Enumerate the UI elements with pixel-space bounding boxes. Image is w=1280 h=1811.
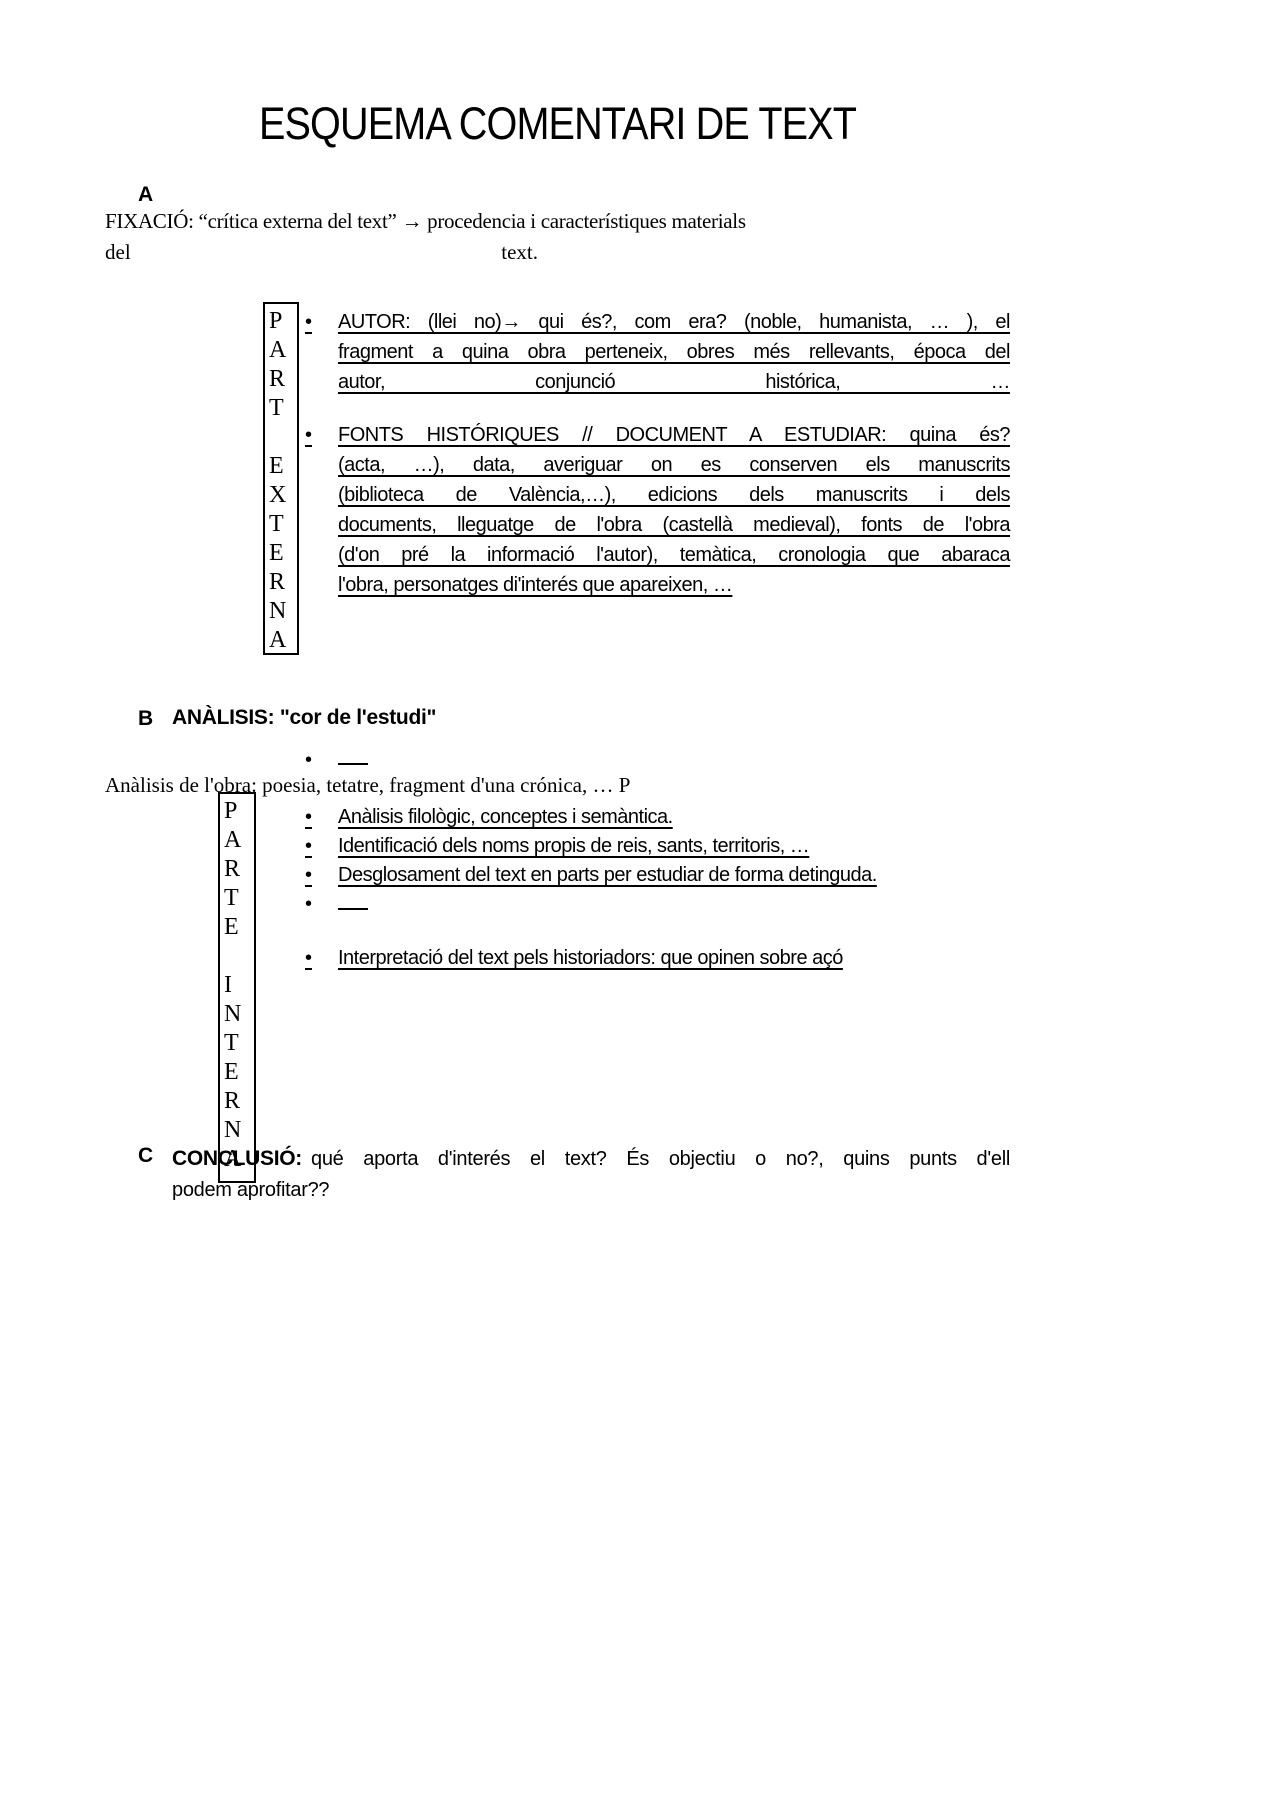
empty-bullet-item: •	[305, 890, 1010, 919]
text-line: fragment a quina obra perteneix, obres m…	[338, 337, 1010, 367]
empty-underline	[338, 745, 368, 765]
document-page: ESQUEMA COMENTARI DE TEXT A FIXACIÓ: “cr…	[0, 0, 1280, 1811]
part-interna-box: P A R T E I N T E R N A	[218, 792, 256, 1183]
text-line: autor, conjunció histórica, …	[338, 367, 1010, 397]
empty-bullet-item: •	[305, 745, 368, 775]
bullet-icon: •	[305, 832, 338, 861]
bullet-icon: •	[305, 803, 338, 832]
list-item-lines: AUTOR: (llei no)→ qui és?, com era? (nob…	[338, 307, 1010, 397]
list-item: • Desglosament del text en parts per est…	[305, 861, 1010, 890]
text-line: Identificació dels noms propis de reis, …	[338, 832, 809, 861]
text-line: (acta, …), data, averiguar on es conserv…	[338, 450, 1010, 480]
conclusion-line1: CONCLUSIÓ:qué aporta d'interés el text? …	[172, 1143, 1010, 1175]
bullet-icon: •	[305, 420, 338, 450]
text-line: Anàlisis filològic, conceptes i semàntic…	[338, 803, 673, 832]
text-line: AUTOR: (llei no)→ qui és?, com era? (nob…	[338, 307, 1010, 337]
text-line: (d'on pré la informació l'autor), temàti…	[338, 540, 1010, 570]
page-title: ESQUEMA COMENTARI DE TEXT	[159, 98, 955, 150]
bullet-icon: •	[305, 944, 338, 973]
conclusion-title: CONCLUSIÓ:	[172, 1147, 302, 1170]
part-externa-box: P A R T E X T E R N A	[263, 302, 299, 655]
text-line: FONTS HISTÓRIQUES // DOCUMENT A ESTUDIAR…	[338, 420, 1010, 450]
intro-word-text: text.	[501, 240, 538, 265]
text-line: Desglosament del text en parts per estud…	[338, 861, 877, 890]
list-item-autor: • AUTOR: (llei no)→ qui és?, com era? (n…	[305, 307, 1010, 397]
list-item: • Identificació dels noms propis de reis…	[305, 832, 1010, 861]
section-a-intro-line2: del text.	[105, 240, 538, 265]
section-b-label: B	[138, 707, 153, 731]
section-b-intro: Anàlisis de l'obra: poesia, tetatre, fra…	[105, 773, 630, 798]
section-a-label: A	[138, 183, 153, 207]
text-line: (biblioteca de València,…), edicions del…	[338, 480, 1010, 510]
list-item-fonts: • FONTS HISTÓRIQUES // DOCUMENT A ESTUDI…	[305, 420, 1010, 600]
section-a-bullet-list: • AUTOR: (llei no)→ qui és?, com era? (n…	[305, 307, 1010, 600]
text-line: Interpretació del text pels historiadors…	[338, 944, 843, 973]
intro-word-del: del	[105, 240, 131, 265]
section-b-heading: ANÀLISIS: "cor de l'estudi"	[172, 706, 436, 730]
empty-underline	[338, 890, 368, 910]
list-item: • Interpretació del text pels historiado…	[305, 944, 1010, 973]
conclusion-line1-rest: qué aporta d'interés el text? És objecti…	[311, 1148, 1010, 1170]
bullet-icon: •	[305, 890, 338, 919]
section-b-bullet-list: • Anàlisis filològic, conceptes i semànt…	[305, 803, 1010, 973]
bullet-icon: •	[305, 861, 338, 890]
section-a-intro-line1: FIXACIÓ: “crítica externa del text” → pr…	[105, 209, 746, 234]
bullet-icon: •	[305, 745, 338, 775]
list-item: • Anàlisis filològic, conceptes i semànt…	[305, 803, 1010, 832]
text-line: documents, lleguatge de l'obra (castellà…	[338, 510, 1010, 540]
text-line: l'obra, personatges di'interés que apare…	[338, 570, 732, 600]
conclusion-line2: podem aprofitar??	[172, 1175, 1010, 1206]
list-item-lines: FONTS HISTÓRIQUES // DOCUMENT A ESTUDIAR…	[338, 420, 1010, 600]
bullet-icon: •	[305, 307, 338, 337]
section-c-text: CONCLUSIÓ:qué aporta d'interés el text? …	[172, 1143, 1010, 1206]
section-c-label: C	[138, 1144, 153, 1168]
